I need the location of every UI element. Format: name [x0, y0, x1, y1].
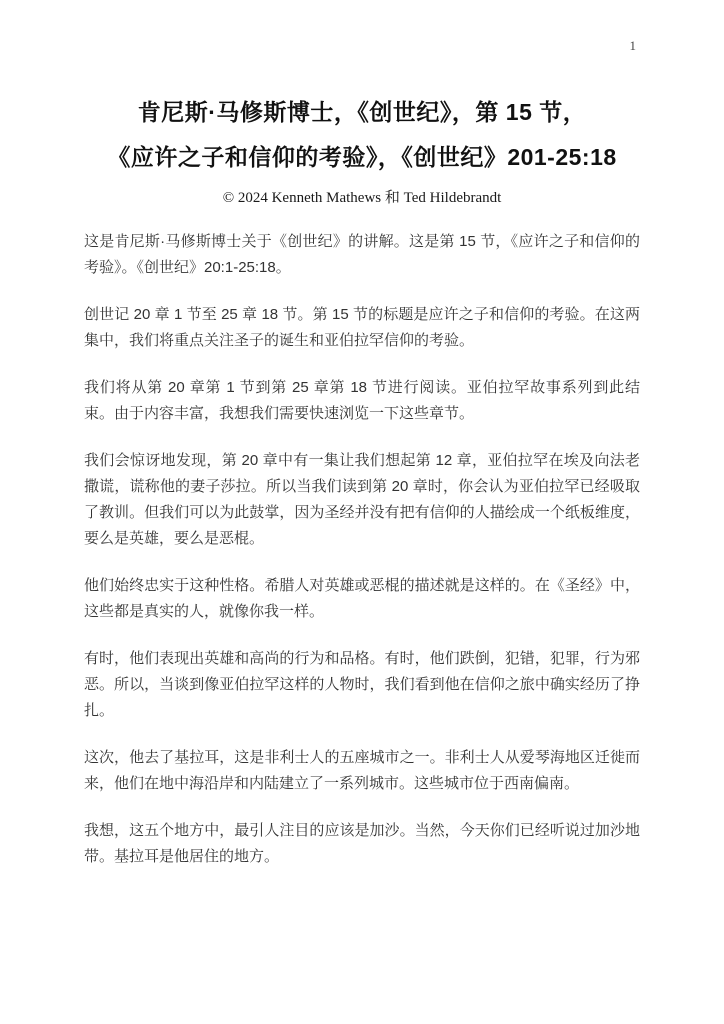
paragraph-4: 我们会惊讶地发现，第 20 章中有一集让我们想起第 12 章，亚伯拉罕在埃及向法…	[84, 448, 640, 552]
document-title: 肯尼斯·马修斯博士，《创世纪》，第 15 节， 《应许之子和信仰的考验》，《创世…	[60, 90, 664, 180]
title-line-1: 肯尼斯·马修斯博士，《创世纪》，第 15 节，	[60, 90, 664, 135]
document-body: 这是肯尼斯·马修斯博士关于《创世纪》的讲解。这是第 15 节，《应许之子和信仰的…	[84, 229, 640, 870]
title-line-2: 《应许之子和信仰的考验》，《创世纪》201-25:18	[60, 135, 664, 180]
paragraph-8: 我想，这五个地方中，最引人注目的应该是加沙。当然，今天你们已经听说过加沙地带。基…	[84, 818, 640, 870]
paragraph-3: 我们将从第 20 章第 1 节到第 25 章第 18 节进行阅读。亚伯拉罕故事系…	[84, 375, 640, 427]
page-number: 1	[630, 38, 637, 54]
paragraph-6: 有时，他们表现出英雄和高尚的行为和品格。有时，他们跌倒，犯错，犯罪，行为邪恶。所…	[84, 646, 640, 724]
paragraph-1: 这是肯尼斯·马修斯博士关于《创世纪》的讲解。这是第 15 节，《应许之子和信仰的…	[84, 229, 640, 281]
title-block: 肯尼斯·马修斯博士，《创世纪》，第 15 节， 《应许之子和信仰的考验》，《创世…	[60, 90, 664, 207]
copyright-line: © 2024 Kenneth Mathews 和 Ted Hildebrandt	[60, 186, 664, 207]
paragraph-7: 这次，他去了基拉耳，这是非利士人的五座城市之一。非利士人从爱琴海地区迁徙而来，他…	[84, 745, 640, 797]
document-page: 1 肯尼斯·马修斯博士，《创世纪》，第 15 节， 《应许之子和信仰的考验》，《…	[0, 0, 724, 1024]
paragraph-2: 创世记 20 章 1 节至 25 章 18 节。第 15 节的标题是应许之子和信…	[84, 302, 640, 354]
paragraph-5: 他们始终忠实于这种性格。希腊人对英雄或恶棍的描述就是这样的。在《圣经》中，这些都…	[84, 573, 640, 625]
